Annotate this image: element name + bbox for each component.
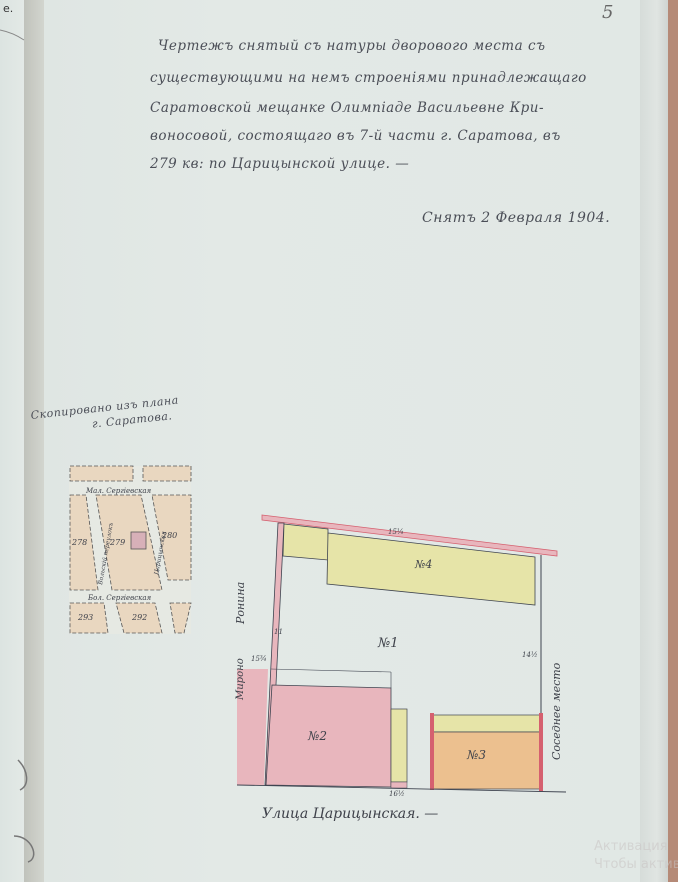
dim-right: 14½ xyxy=(522,651,538,659)
building-2-label: №2 xyxy=(307,729,327,743)
dim-left-lower: 15¾ xyxy=(251,655,267,663)
dim-top: 15¼ xyxy=(388,528,404,536)
dim-left-upper: 11 xyxy=(274,628,283,636)
street-name: Улица Царицынская. — xyxy=(262,806,438,822)
outbuilding-small xyxy=(283,524,328,560)
watermark-line-1: Активация xyxy=(594,838,678,856)
building-3-annex xyxy=(433,715,541,732)
shed xyxy=(391,709,407,782)
watermark-line-2: Чтобы активи xyxy=(594,856,678,874)
yard-1-label: №1 xyxy=(377,636,399,651)
building-4-label: №4 xyxy=(414,558,432,571)
dim-bottom: 16½ xyxy=(389,790,405,798)
neighbor-right: Соседнее место xyxy=(550,662,563,760)
building-3-wall-left xyxy=(430,713,434,790)
os-activation-watermark: Активация Чтобы активи xyxy=(594,838,678,874)
building-3 xyxy=(433,732,541,789)
building-2 xyxy=(266,685,391,787)
plot-plan: №4 №1 №2 №3 15¼ 11 15¾ 14½ 16½ Ронина Ми… xyxy=(0,0,678,882)
building-3-wall-right xyxy=(539,713,543,791)
neighbor-left-lower: Мироно xyxy=(235,658,246,701)
building-3-label: №3 xyxy=(466,748,486,762)
neighbor-left-upper: Ронина xyxy=(234,582,247,625)
